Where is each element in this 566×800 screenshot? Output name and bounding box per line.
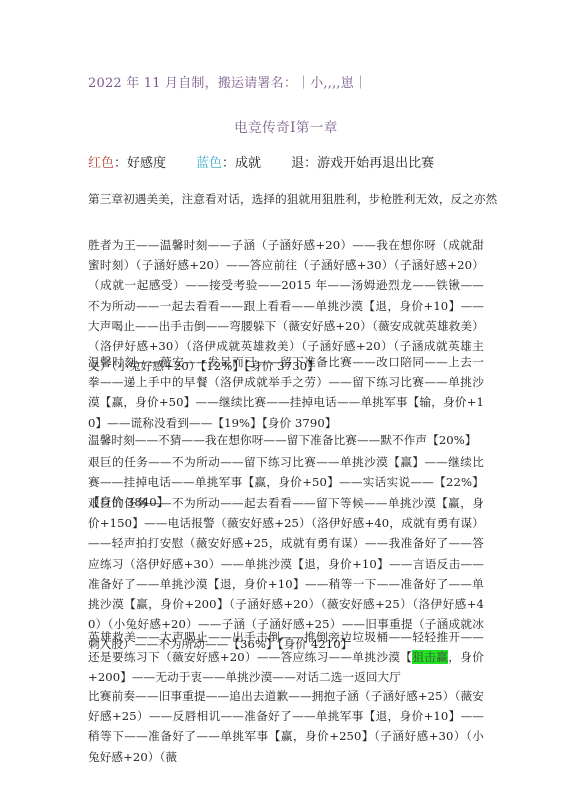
- color-legend: 红色：好感度蓝色：成就退：游戏开始再退出比赛: [88, 152, 434, 171]
- walkthrough-paragraph: 英雄救美——大声喝止——出手击倒——推倒旁边垃圾桶——轻轻推开——还是要练习下（…: [88, 627, 484, 688]
- intro-note: 第三章初遇美美，注意看对话，选择的狙就用狙胜利，步枪胜利无效，反之亦然: [88, 191, 497, 207]
- legend-red-desc: ：好感度: [114, 156, 166, 171]
- legend-red-label: 红色: [88, 156, 114, 171]
- walkthrough-paragraph: 温馨时刻——不猜——我在想你呀——留下准备比赛——默不作声【20%】: [88, 430, 484, 450]
- highlighted-text: 狙击赢: [412, 650, 448, 664]
- legend-retreat-note: 退：游戏开始再退出比赛: [291, 156, 434, 171]
- credit-line: 2022 年 11 月自制，搬运请署名：｜小,,,,崽｜: [88, 72, 367, 91]
- legend-blue-desc: ：成就: [222, 156, 261, 171]
- walkthrough-paragraph: 温馨时刻——薇安——发呆而已——留下准备比赛——改口陪同——上去一拳——递上手中…: [88, 352, 484, 433]
- chapter-title: 电竞传奇Ⅰ第一章: [88, 116, 484, 136]
- legend-blue-label: 蓝色: [196, 156, 222, 171]
- walkthrough-paragraph: 比赛前奏——旧事重提——追出去道歉——拥抱子涵（子涵好感+25）（薇安好感+25…: [88, 686, 484, 767]
